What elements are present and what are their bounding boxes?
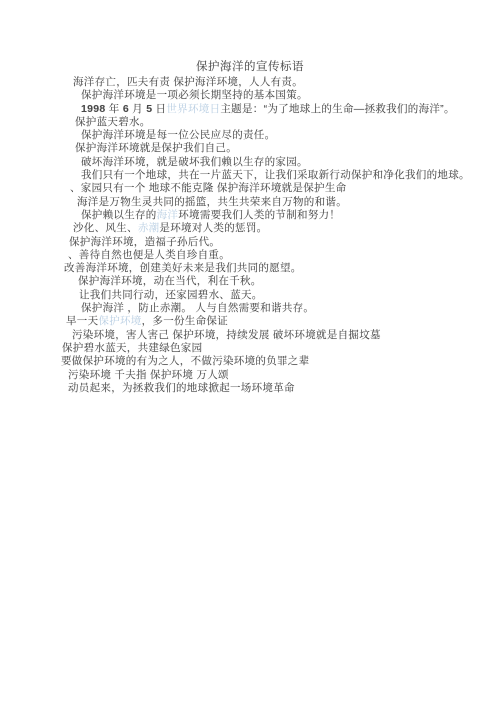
link-text[interactable]: 世界环境日 xyxy=(166,103,220,115)
text-segment: 让我们共同行动，还家园碧水、蓝天。 xyxy=(79,289,263,301)
text-segment: 污染环境，害人害己 保护环境，持续发展 破坏环境就是自掘坟墓 xyxy=(72,329,381,341)
text-line: 改善海洋环境，创建美好未来是我们共同的愿望。 xyxy=(60,262,470,275)
text-line: 保护海洋环境，动在当代，利在千秋。 xyxy=(60,275,470,288)
text-segment: 污染环境 千夫指 保护环境 万人颂 xyxy=(68,369,229,381)
text-segment: 破坏海洋环境，就是破坏我们赖以生存的家园。 xyxy=(81,156,308,168)
text-line: 保护海洋环境就是保护我们自己。 xyxy=(60,142,470,155)
text-line: 1998 年 6 月 5 日世界环境日主题是：“为了地球上的生命—拯救我们的海洋… xyxy=(60,103,470,116)
text-line: 污染环境 千夫指 保护环境 万人颂 xyxy=(60,369,470,382)
text-segment: 保护海洋环境是一项必须长期坚持的基本国策。 xyxy=(81,89,308,101)
text-line: 动员起来，为拯救我们的地球掀起一场环境革命 xyxy=(60,382,470,395)
text-line: 海洋存亡，匹夫有责 保护海洋环境，人人有责。 xyxy=(60,76,470,89)
text-segment: 沙化、风生、 xyxy=(73,222,138,234)
text-line: 保护海洋环境是一项必须长期坚持的基本国策。 xyxy=(60,89,470,102)
link-text[interactable]: 赤潮 xyxy=(138,222,160,234)
text-segment: 日 xyxy=(152,103,166,115)
text-segment: 保护海洋环境，动在当代，利在千秋。 xyxy=(78,275,262,287)
document-body: 海洋存亡，匹夫有责 保护海洋环境，人人有责。保护海洋环境是一项必须长期坚持的基本… xyxy=(0,76,500,395)
text-segment: 、家园只有一个 地球不能克隆 保护海洋环境就是保护生命 xyxy=(70,182,346,194)
page-title: 保护海洋的宣传标语 xyxy=(0,60,500,74)
text-segment: 1998 xyxy=(81,103,106,115)
text-line: 让我们共同行动，还家园碧水、蓝天。 xyxy=(60,289,470,302)
text-line: 要做保护环境的有为之人，不做污染环境的负罪之辈 xyxy=(60,355,470,368)
text-segment: 海洋是万物生灵共同的摇篮，共生共荣来自万物的和谐。 xyxy=(77,196,347,208)
text-segment: 月 xyxy=(129,103,146,115)
text-line: 、善待自然也便是人类自珍自重。 xyxy=(60,249,470,262)
text-segment: 保护蓝天碧水。 xyxy=(75,116,151,128)
text-segment: 保护海洋环境是每一位公民应尽的责任。 xyxy=(81,129,275,141)
text-segment: 年 xyxy=(106,103,123,115)
text-line: 保护海洋环境，造福子孙后代。 xyxy=(60,236,470,249)
text-segment: 主题是：“为了地球上的生命—拯救我们的海洋”。 xyxy=(220,103,454,115)
text-segment: 保护海洋环境，造福子孙后代。 xyxy=(69,236,220,248)
text-line: 污染环境，害人害己 保护环境，持续发展 破坏环境就是自掘坟墓 xyxy=(60,329,470,342)
text-segment: 环境需要我们人类的节制和努力！ xyxy=(178,209,340,221)
text-line: 早一天保护环境，多一份生命保证 xyxy=(60,315,470,328)
text-line: 海洋是万物生灵共同的摇篮，共生共荣来自万物的和谐。 xyxy=(60,196,470,209)
text-line: 保护蓝天碧水。 xyxy=(60,116,470,129)
text-segment: 改善海洋环境，创建美好未来是我们共同的愿望。 xyxy=(64,262,302,274)
text-segment: 保护海洋环境就是保护我们自己。 xyxy=(75,142,237,154)
text-line: 保护碧水蓝天，共建绿色家园 xyxy=(60,342,470,355)
link-text[interactable]: 保护环境 xyxy=(98,315,141,327)
text-segment: 保护海洋 ，防止赤潮。 人与自然需要和谐共存。 xyxy=(81,302,314,314)
text-line: 保护海洋环境是每一位公民应尽的责任。 xyxy=(60,129,470,142)
text-segment: 要做保护环境的有为之人，不做污染环境的负罪之辈 xyxy=(61,355,309,367)
text-segment: 动员起来，为拯救我们的地球掀起一场环境革命 xyxy=(68,382,295,394)
text-segment: 是环境对人类的惩罚。 xyxy=(159,222,267,234)
text-line: 我们只有一个地球，共在一片蓝天下，让我们采取新行动保护和净化我们的地球。 xyxy=(60,169,470,182)
text-segment: ，多一份生命保证 xyxy=(142,315,228,327)
text-line: 沙化、风生、赤潮是环境对人类的惩罚。 xyxy=(60,222,470,235)
text-line: 破坏海洋环境，就是破坏我们赖以生存的家园。 xyxy=(60,156,470,169)
text-line: 保护赖以生存的海洋环境需要我们人类的节制和努力！ xyxy=(60,209,470,222)
text-line: 保护海洋 ，防止赤潮。 人与自然需要和谐共存。 xyxy=(60,302,470,315)
text-segment: 我们只有一个地球，共在一片蓝天下，让我们采取新行动保护和净化我们的地球。 xyxy=(81,169,470,181)
text-segment: 、善待自然也便是人类自珍自重。 xyxy=(68,249,230,261)
document-page: 保护海洋的宣传标语 海洋存亡，匹夫有责 保护海洋环境，人人有责。保护海洋环境是一… xyxy=(0,0,500,708)
link-text[interactable]: 海洋 xyxy=(157,209,179,221)
text-segment: 保护赖以生存的 xyxy=(81,209,157,221)
text-segment: 早一天 xyxy=(66,315,98,327)
text-segment: 保护碧水蓝天，共建绿色家园 xyxy=(62,342,202,354)
text-segment: 海洋存亡，匹夫有责 保护海洋环境，人人有责。 xyxy=(73,76,303,88)
text-line: 、家园只有一个 地球不能克隆 保护海洋环境就是保护生命 xyxy=(60,182,470,195)
